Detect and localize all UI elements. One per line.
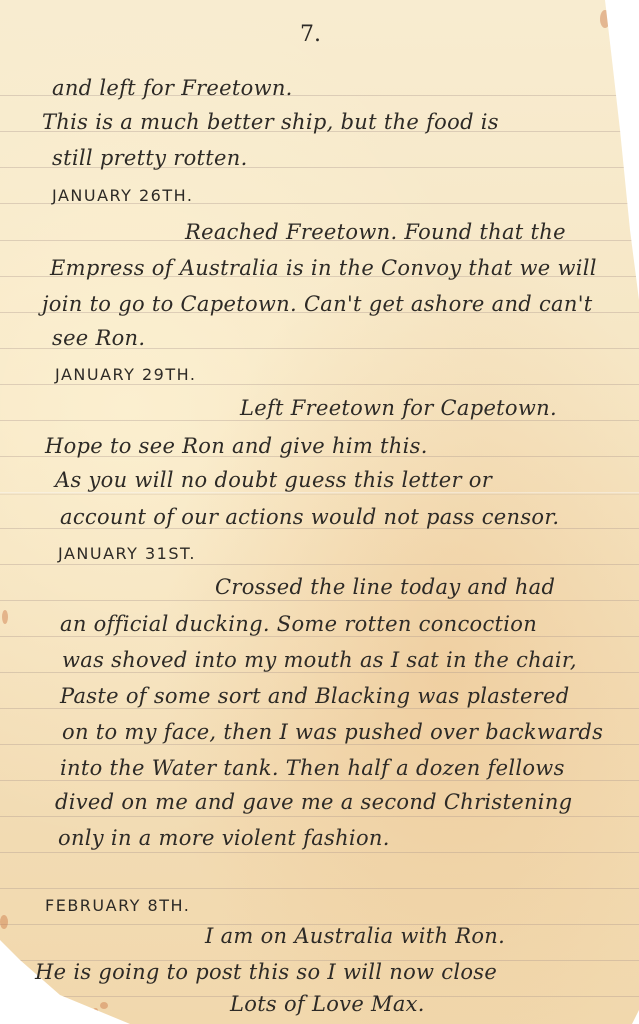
letter-line: I am on Australia with Ron.: [205, 924, 505, 948]
letter-line: was shoved into my mouth as I sat in the…: [62, 648, 577, 672]
ruled-line: [0, 384, 639, 385]
letter-signoff: Lots of Love Max.: [230, 992, 425, 1016]
ruled-line: [0, 708, 639, 709]
letter-line: He is going to post this so I will now c…: [35, 960, 497, 984]
stain: [100, 1002, 108, 1009]
letter-line: Left Freetown for Capetown.: [240, 396, 557, 420]
ruled-line: [0, 852, 639, 853]
letter-line: an official ducking. Some rotten concoct…: [60, 612, 537, 636]
letter-line: Paste of some sort and Blacking was plas…: [60, 684, 569, 708]
letter-line: into the Water tank. Then half a dozen f…: [60, 756, 565, 780]
letter-line: Empress of Australia is in the Convoy th…: [50, 256, 597, 280]
paper-fold: [0, 492, 639, 495]
ruled-line: [0, 744, 639, 745]
letter-line: on to my face, then I was pushed over ba…: [62, 720, 603, 744]
entry-date: JANUARY 31ST.: [58, 544, 196, 563]
entry-date: JANUARY 26TH.: [52, 186, 193, 205]
letter-line: account of our actions would not pass ce…: [60, 505, 559, 529]
ruled-line: [0, 600, 639, 601]
letter-line: still pretty rotten.: [52, 146, 248, 170]
ruled-line: [0, 672, 639, 673]
page-number: 7.: [300, 22, 321, 47]
letter-line: This is a much better ship, but the food…: [42, 110, 499, 134]
letter-line: Reached Freetown. Found that the: [185, 220, 566, 244]
letter-line: only in a more violent fashion.: [58, 826, 390, 850]
stain: [0, 915, 8, 929]
letter-line: dived on me and gave me a second Christe…: [55, 790, 572, 814]
letter-line: and left for Freetown.: [52, 76, 293, 100]
ruled-line: [0, 780, 639, 781]
ruled-line: [0, 564, 639, 565]
ruled-line: [0, 816, 639, 817]
stain: [2, 610, 8, 624]
letter-line: see Ron.: [52, 326, 145, 350]
stain: [93, 1008, 98, 1013]
ruled-line: [0, 636, 639, 637]
letter-line: join to go to Capetown. Can't get ashore…: [42, 292, 593, 316]
letter-line: Hope to see Ron and give him this.: [45, 434, 428, 458]
ruled-line: [0, 420, 639, 421]
entry-date: FEBRUARY 8TH.: [45, 896, 190, 915]
stain: [600, 10, 610, 28]
letter-line: Crossed the line today and had: [215, 575, 555, 599]
entry-date: JANUARY 29TH.: [55, 365, 196, 384]
ruled-line: [0, 888, 639, 889]
letter-line: As you will no doubt guess this letter o…: [55, 468, 492, 492]
